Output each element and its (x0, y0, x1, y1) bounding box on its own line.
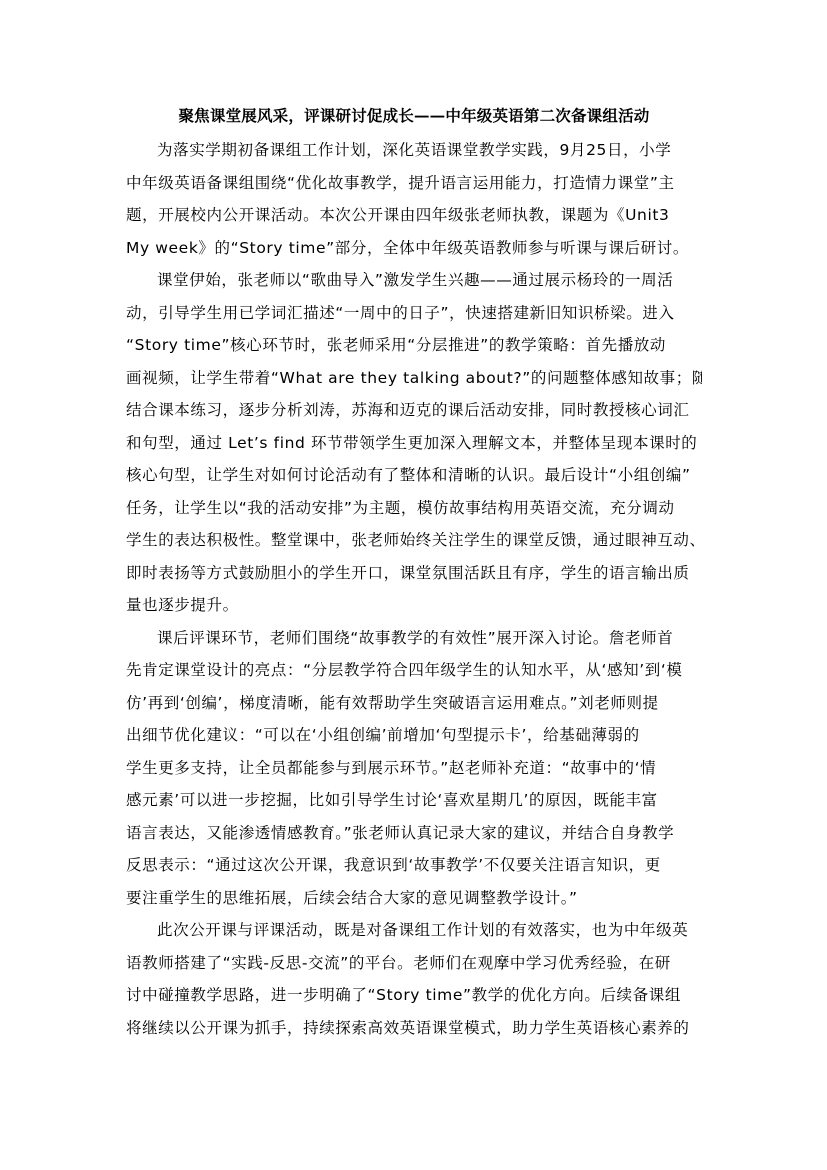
text-line: 仿’再到‘创编’，梯度清晰，能有效帮助学生突破语言运用难点。”刘老师则提 (126, 687, 702, 720)
text-line: 先肯定课堂设计的亮点：“分层教学符合四年级学生的认知水平，从‘感知’到‘模 (126, 654, 702, 687)
text-line: 课后评课环节，老师们围绕“故事教学的有效性”展开深入讨论。詹老师首 (126, 622, 702, 655)
text-line: 语教师搭建了“实践-反思-交流”的平台。老师们在观摩中学习优秀经验，在研 (126, 947, 702, 980)
document-title: 聚焦课堂展风采，评课研讨促成长——中年级英语第二次备课组活动 (126, 102, 702, 130)
text-line: 感元素’可以进一步挖掘，比如引导学生讨论‘喜欢星期几’的原因，既能丰富 (126, 784, 702, 817)
text-line: 出细节优化建议：“可以在‘小组创编’前增加‘句型提示卡’，给基础薄弱的 (126, 719, 702, 752)
text-line: 任务，让学生以“我的活动安排”为主题，模仿故事结构用英语交流，充分调动 (126, 492, 702, 525)
text-line: My week》的“Story time”部分，全体中年级英语教师参与听课与课后… (126, 232, 702, 265)
paragraph-intro: 为落实学期初备课组工作计划，深化英语课堂教学实践，9月25日，小学中年级英语备课… (126, 134, 702, 264)
paragraph-review: 课后评课环节，老师们围绕“故事教学的有效性”展开深入讨论。詹老师首先肯定课堂设计… (126, 622, 702, 915)
paragraph-conclusion: 此次公开课与评课活动，既是对备课组工作计划的有效落实，也为中年级英语教师搭建了“… (126, 914, 702, 1044)
paragraph-lesson: 课堂伊始，张老师以“歌曲导入”激发学生兴趣——通过展示杨玲的一周活动，引导学生用… (126, 264, 702, 622)
text-line: 学生更多支持，让全员都能参与到展示环节。”赵老师补充道：“故事中的‘情 (126, 752, 702, 785)
text-line: 画视频，让学生带着“What are they talking about?”的… (126, 362, 702, 395)
text-line: 和句型，通过 Let’s find 环节带领学生更加深入理解文本，并整体呈现本课… (126, 427, 702, 460)
text-line: 语言表达，又能渗透情感教育。”张老师认真记录大家的建议，并结合自身教学 (126, 817, 702, 850)
text-line: 题，开展校内公开课活动。本次公开课由四年级张老师执教，课题为《Unit3 (126, 199, 702, 232)
text-line: 结合课本练习，逐步分析刘涛，苏海和迈克的课后活动安排，同时教授核心词汇 (126, 394, 702, 427)
text-line: 即时表扬等方式鼓励胆小的学生开口，课堂氛围活跃且有序，学生的语言输出质 (126, 557, 702, 590)
text-line: 课堂伊始，张老师以“歌曲导入”激发学生兴趣——通过展示杨玲的一周活 (126, 264, 702, 297)
document-page: 聚焦课堂展风采，评课研讨促成长——中年级英语第二次备课组活动 为落实学期初备课组… (126, 102, 702, 1044)
text-line: 量也逐步提升。 (126, 589, 702, 622)
text-line: 中年级英语备课组围绕“优化故事教学，提升语言运用能力，打造情力课堂”主 (126, 167, 702, 200)
text-line: 讨中碰撞教学思路，进一步明确了“Story time”教学的优化方向。后续备课组 (126, 979, 702, 1012)
text-line: 动，引导学生用已学词汇描述“一周中的日子”，快速搭建新旧知识桥梁。进入 (126, 297, 702, 330)
text-line: 为落实学期初备课组工作计划，深化英语课堂教学实践，9月25日，小学 (126, 134, 702, 167)
text-line: 此次公开课与评课活动，既是对备课组工作计划的有效落实，也为中年级英 (126, 914, 702, 947)
text-line: 要注重学生的思维拓展，后续会结合大家的意见调整教学设计。” (126, 882, 702, 915)
text-line: 核心句型，让学生对如何讨论活动有了整体和清晰的认识。最后设计“小组创编” (126, 459, 702, 492)
text-line: 反思表示：“通过这次公开课，我意识到‘故事教学’不仅要关注语言知识，更 (126, 849, 702, 882)
text-line: 学生的表达积极性。整堂课中，张老师始终关注学生的课堂反馈，通过眼神互动、 (126, 524, 702, 557)
text-line: 将继续以公开课为抓手，持续探索高效英语课堂模式，助力学生英语核心素养的 (126, 1012, 702, 1045)
text-line: “Story time”核心环节时，张老师采用“分层推进”的教学策略：首先播放动 (126, 329, 702, 362)
